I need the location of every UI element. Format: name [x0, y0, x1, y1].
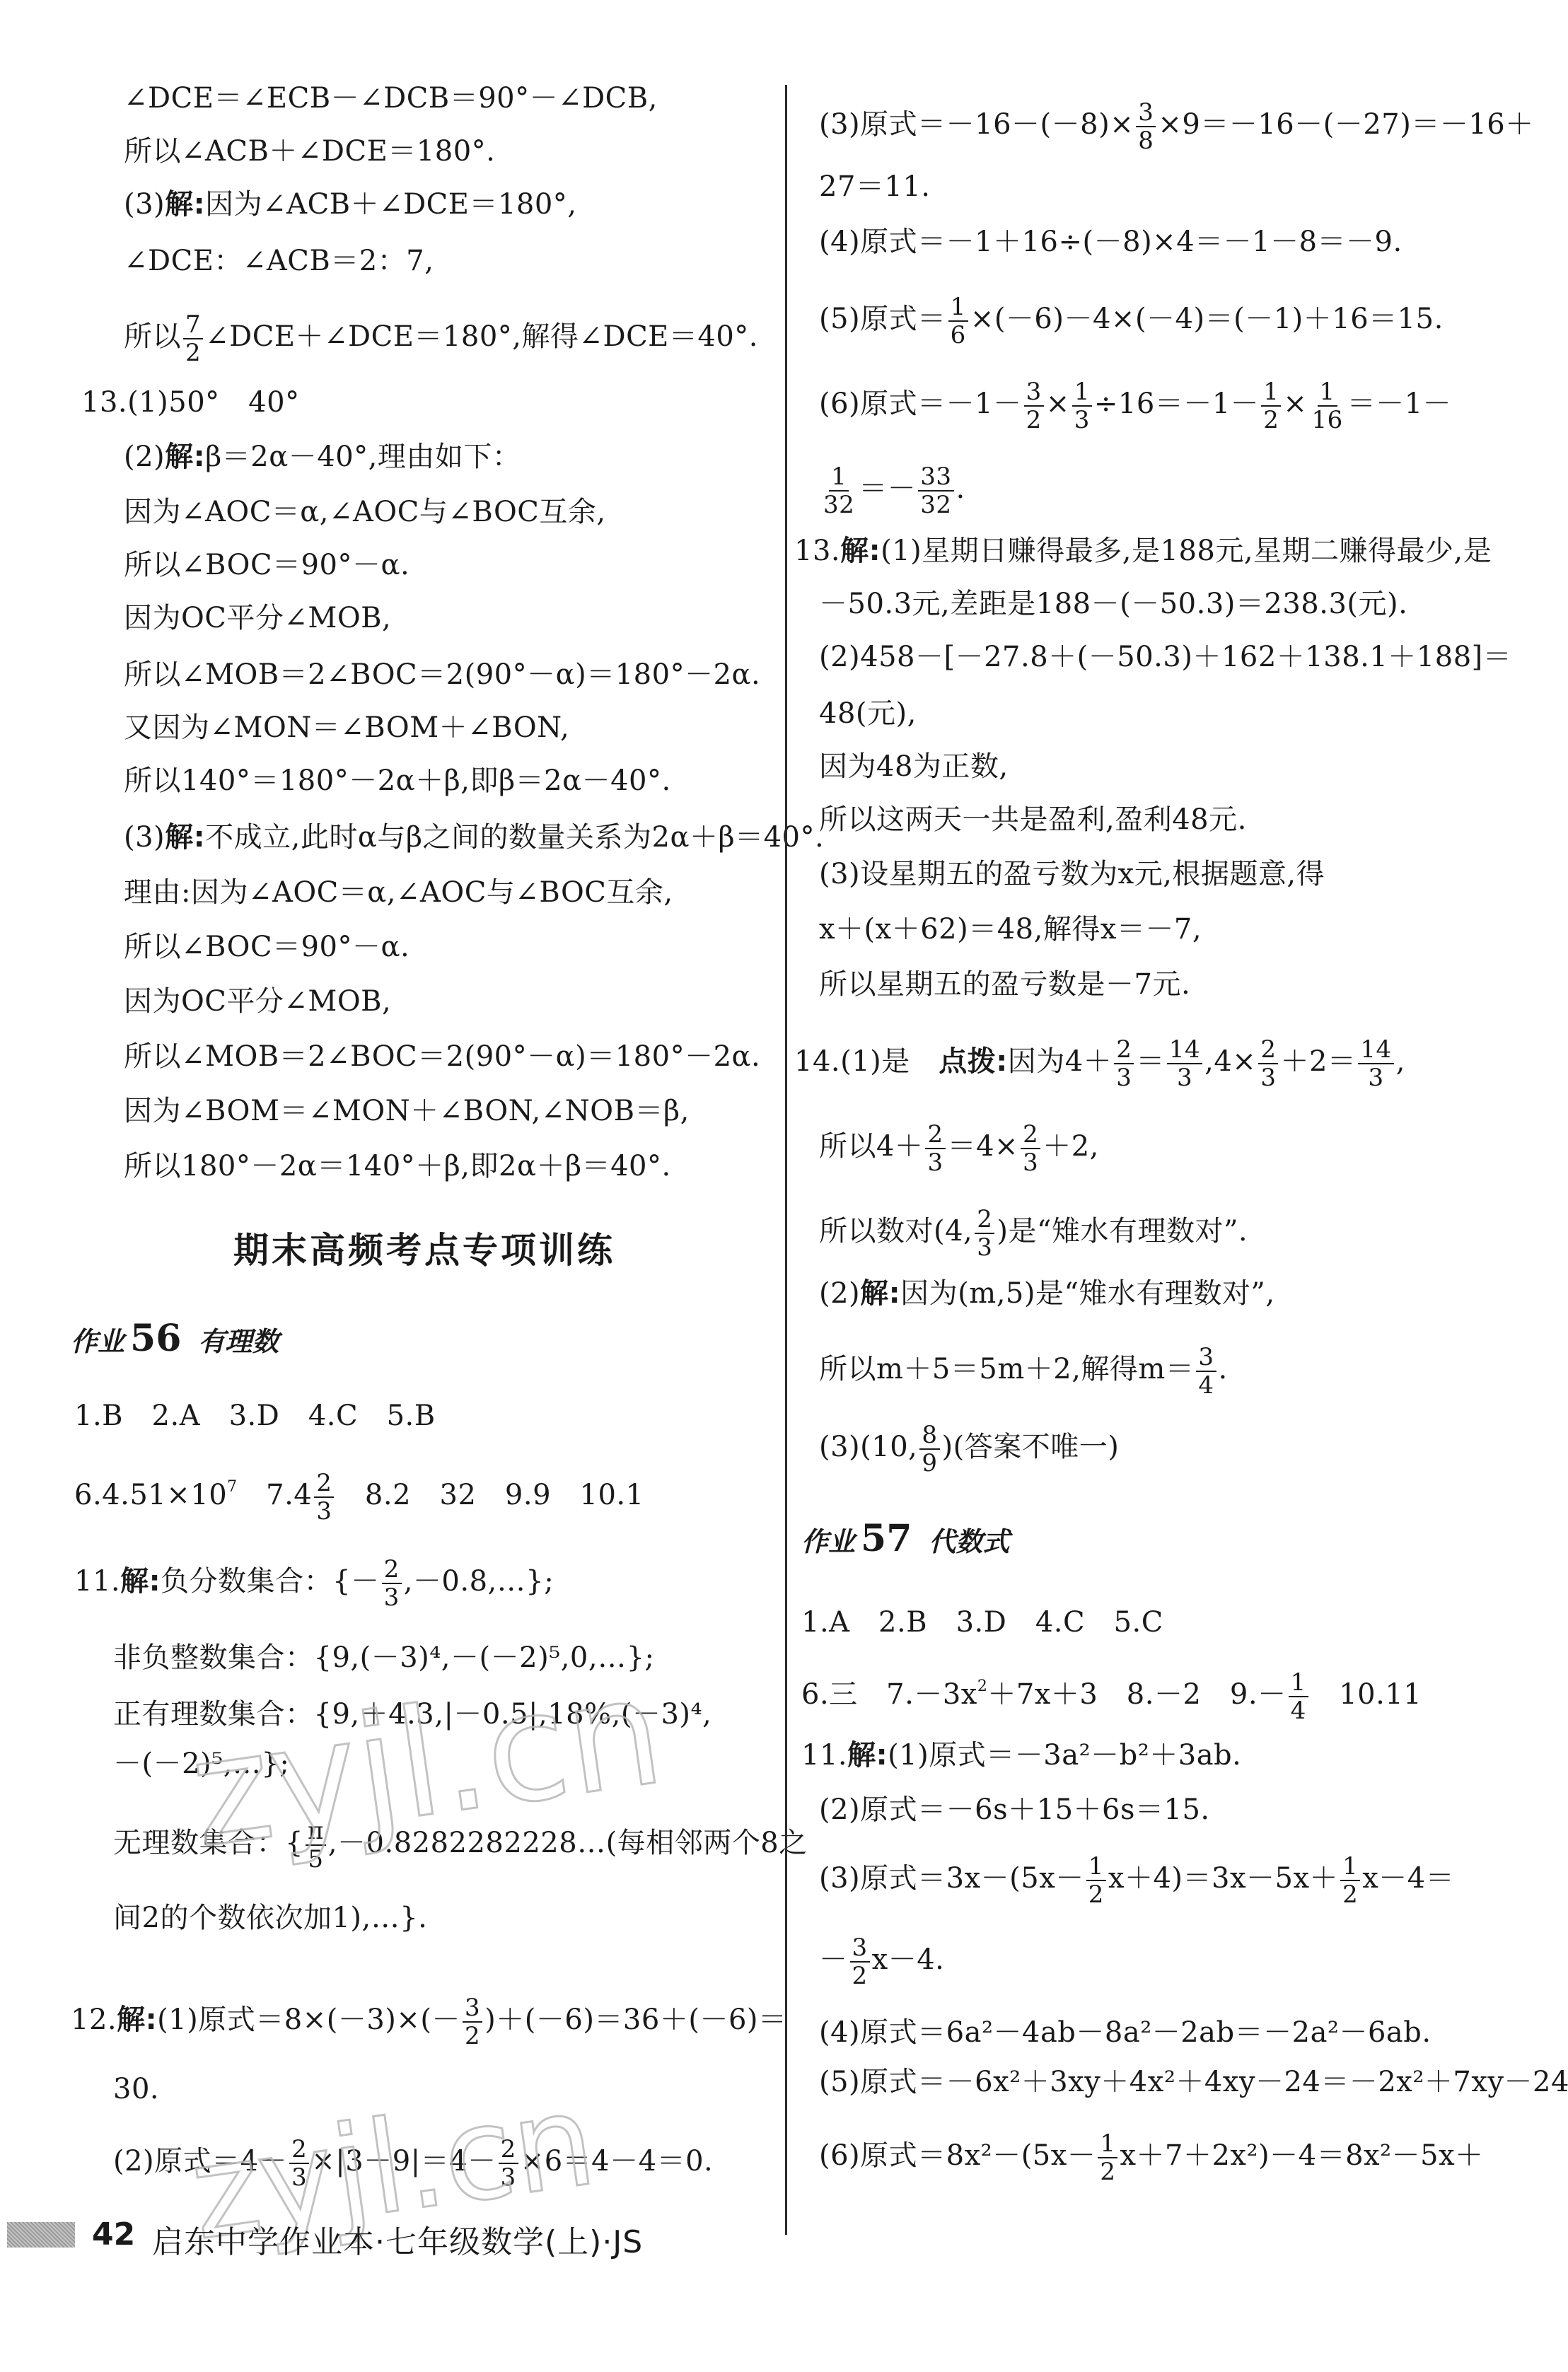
fraction: 12: [1340, 1853, 1360, 1908]
text: 所以4＋: [819, 1130, 923, 1163]
hint-label: 点拨:: [939, 1045, 1008, 1078]
numerator: 3: [463, 1994, 482, 2023]
fraction: 34: [1196, 1344, 1216, 1399]
text: ×9＝－16－(－27)＝－16＋: [1158, 108, 1533, 141]
text-line: －32x－4.: [819, 1934, 944, 1989]
text-line: 所以140°＝180°－2α＋β,即β＝2α－40°.: [124, 764, 671, 798]
denominator: 3: [1175, 1064, 1195, 1091]
denominator: 8: [1136, 127, 1156, 154]
text: 6.4.51×10: [74, 1479, 227, 1511]
question-number: 12.: [71, 2004, 117, 2036]
numerator: 1: [1072, 378, 1092, 407]
text-line: 又因为∠MON＝∠BOM＋∠BON,: [124, 711, 569, 745]
text: 负分数集合：{－: [161, 1565, 379, 1598]
text: (1)原式＝－3a²－b²＋3ab.: [888, 1739, 1241, 1772]
text-line: 30.: [113, 2072, 159, 2106]
text: 所以: [124, 320, 181, 353]
denominator: 32: [918, 492, 953, 518]
fraction: 89: [919, 1422, 939, 1477]
denominator: 2: [850, 1963, 870, 1989]
text: )(答案不唯一): [942, 1431, 1120, 1463]
text: x－4＝: [1362, 1862, 1454, 1895]
text: β＝2α－40°,理由如下：: [205, 441, 521, 473]
text: ＋2＝: [1280, 1045, 1356, 1078]
text: ∠DCE＋∠DCE＝180°,解得∠DCE＝40°.: [205, 320, 758, 353]
numerator: 14: [1167, 1036, 1202, 1064]
sub-label: (2): [124, 441, 165, 473]
denominator: 6: [948, 322, 968, 349]
numerator: 2: [382, 1556, 402, 1584]
text-line: (3)设星期五的盈亏数为x元,根据题意,得: [819, 857, 1325, 891]
text-line: (3)解:因为∠ACB＋∠DCE＝180°,: [124, 187, 577, 221]
text: ＝－1－: [1347, 388, 1451, 420]
fraction: 16: [948, 293, 968, 349]
fraction: 14: [1289, 1669, 1308, 1724]
denominator: 3: [1258, 1064, 1278, 1091]
denominator: 3: [1366, 1064, 1386, 1091]
fraction: 72: [183, 311, 203, 366]
denominator: 2: [1261, 407, 1281, 434]
numerator: 1: [1318, 378, 1337, 407]
numerator: 14: [1358, 1036, 1393, 1064]
sub-label: (3): [124, 188, 165, 221]
denominator: 2: [463, 2023, 482, 2050]
solution-label: 解:: [847, 1739, 888, 1772]
text-line: (2)解:β＝2α－40°,理由如下：: [124, 440, 521, 474]
solution-label: 解:: [165, 821, 205, 854]
fraction: 143: [1167, 1036, 1202, 1091]
text: (3)原式＝－16－(－8)×: [819, 108, 1134, 141]
sub-label: (2): [819, 1277, 860, 1310]
denominator: 3: [1114, 1064, 1134, 1091]
text-line: 所以∠BOC＝90°－α.: [124, 930, 410, 964]
denominator: 3: [1072, 407, 1092, 434]
text-line: 所以∠MOB＝2∠BOC＝2(90°－α)＝180°－2α.: [124, 1040, 760, 1074]
denominator: 3: [975, 1234, 994, 1261]
text: 10.11: [1311, 1678, 1422, 1711]
text: (6)原式＝－1－: [819, 388, 1022, 420]
text: ,: [1396, 1045, 1405, 1078]
text: (1)星期日赚得最多,是188元,星期二赚得最少,是: [881, 535, 1492, 567]
fraction: 3332: [918, 463, 953, 518]
numerator: 7: [183, 311, 203, 339]
denominator: 3: [314, 1498, 334, 1525]
fraction: 32: [1024, 378, 1044, 434]
heading-topic: 代数式: [929, 1526, 1009, 1557]
denominator: 2: [1340, 1881, 1360, 1908]
fraction: 23: [975, 1206, 994, 1261]
text-line: 所以m＋5＝5m＋2,解得m＝34.: [819, 1344, 1228, 1399]
text-line: (2)458－[－27.8＋(－50.3)＋162＋138.1＋188]＝: [819, 640, 1511, 674]
text: (3)原式＝3x－(5x－: [819, 1862, 1084, 1895]
text: (3)(10,: [819, 1431, 917, 1463]
numerator: 3: [1196, 1344, 1216, 1372]
text-line: 所以∠ACB＋∠DCE＝180°.: [124, 134, 495, 168]
denominator: 9: [919, 1450, 939, 1477]
text-line: 因为OC平分∠MOB,: [124, 984, 391, 1018]
text: (6)原式＝8x²－(5x－: [819, 2139, 1096, 2172]
text: ,－0.8,…};: [404, 1565, 554, 1598]
text-line: 因为∠BOM＝∠MON＋∠BON,∠NOB＝β,: [124, 1094, 690, 1128]
text-line: 所以72∠DCE＋∠DCE＝180°,解得∠DCE＝40°.: [124, 311, 758, 366]
numerator: 1: [1261, 378, 1281, 407]
text-line: (2)解:因为(m,5)是“雉水有理数对”,: [819, 1277, 1275, 1310]
numerator: 3: [850, 1934, 870, 1963]
numerator: 2: [1021, 1121, 1040, 1149]
text: 所以m＋5＝5m＋2,解得m＝: [819, 1353, 1194, 1385]
question-number: 11.: [801, 1739, 847, 1772]
text: (1)原式＝8×(－3)×(－: [157, 2004, 460, 2036]
text-line: 因为48为正数,: [819, 750, 1009, 784]
numerator: 2: [1258, 1036, 1278, 1064]
numerator: 3: [1024, 378, 1044, 407]
book-title: 启东中学作业本·七年级数学(上)·JS: [152, 2216, 643, 2262]
text-line: 因为OC平分∠MOB,: [124, 601, 391, 635]
text: x－4.: [872, 1943, 945, 1976]
solution-label: 解:: [840, 535, 881, 567]
text: ＝－: [859, 472, 916, 505]
text-line: (3)原式＝3x－(5x－12x＋4)＝3x－5x＋12x－4＝: [819, 1853, 1454, 1908]
page-footer: 42 启东中学作业本·七年级数学(上)·JS: [0, 2214, 778, 2256]
text: )＋(－6)＝36＋(－6)＝: [484, 2004, 786, 2036]
section-title: 期末高频考点专项训练: [233, 1222, 615, 1273]
text: ×(－6)－4×(－4)＝(－1)＋16＝15.: [970, 303, 1444, 335]
text: 因为∠ACB＋∠DCE＝180°,: [205, 188, 576, 221]
denominator: 3: [382, 1584, 402, 1611]
exponent: 2: [977, 1678, 988, 1695]
question-number: 11.: [74, 1565, 120, 1598]
denominator: 3: [925, 1149, 945, 1176]
fraction: 23: [925, 1121, 945, 1176]
fraction: 32: [850, 1934, 870, 1989]
question-14: 14.(1)是 点拨:因为4＋23＝143,4×23＋2＝143,: [794, 1036, 1405, 1091]
text: 所以数对(4,: [819, 1215, 972, 1248]
fraction: 12: [1086, 1853, 1106, 1908]
fraction: 23: [1258, 1036, 1278, 1091]
text: ,4×: [1204, 1045, 1256, 1078]
fill-in-answers: 6.三 7.－3x2＋7x＋3 8.－2 9.－14 10.11: [801, 1669, 1422, 1724]
numerator: 1: [1340, 1853, 1360, 1881]
text-line: －50.3元,差距是188－(－50.3)＝238.3(元).: [819, 587, 1407, 621]
numerator: 1: [1098, 2130, 1117, 2158]
text-line: ∠DCE＝∠ECB－∠DCB＝90°－∠DCB,: [124, 81, 658, 115]
numerator: 1: [948, 293, 968, 322]
numerator: 2: [314, 1470, 334, 1498]
heading-label: 作业: [801, 1526, 855, 1557]
solution-label: 解:: [117, 2004, 157, 2036]
text: 因为4＋: [1008, 1045, 1112, 1078]
text-line: ∠DCE：∠ACB＝2：7,: [124, 244, 434, 278]
text: ＝: [1136, 1045, 1165, 1078]
text-line: (6)原式＝8x²－(5x－12x＋7＋2x²)－4＝8x²－5x＋: [819, 2130, 1484, 2185]
question-11: 11.解:(1)原式＝－3a²－b²＋3ab.: [801, 1738, 1241, 1772]
numerator: 8: [919, 1422, 939, 1450]
question-number: 13.: [794, 535, 840, 567]
heading-number: 57: [861, 1517, 912, 1560]
denominator: 32: [821, 492, 856, 518]
solution-label: 解:: [860, 1277, 900, 1310]
text: ＝4×: [948, 1130, 1018, 1163]
text: ÷16＝－1－: [1094, 388, 1259, 420]
text-line: 所以∠MOB＝2∠BOC＝2(90°－α)＝180°－2α.: [124, 658, 760, 692]
fraction: 13: [1072, 378, 1092, 434]
text-line: (5)原式＝16×(－6)－4×(－4)＝(－1)＋16＝15.: [819, 293, 1444, 349]
solution-label: 解:: [165, 188, 205, 221]
text: 8.2 32 9.9 10.1: [336, 1479, 644, 1511]
text-line: 理由:因为∠AOC＝α,∠AOC与∠BOC互余,: [124, 876, 673, 909]
numerator: 2: [975, 1206, 994, 1234]
fraction: 143: [1358, 1036, 1393, 1091]
text-line: 所以星期五的盈亏数是－7元.: [819, 967, 1190, 1001]
multiple-choice-answers: 1.A 2.B 3.D 4.C 5.C: [801, 1605, 1163, 1639]
question-11: 11.解:负分数集合：{－23,－0.8,…};: [74, 1556, 554, 1611]
fraction: 116: [1309, 378, 1345, 434]
numerator: 1: [1289, 1669, 1308, 1697]
text-line: (5)原式＝－6x²＋3xy＋4x²＋4xy－24＝－2x²＋7xy－24.: [819, 2065, 1568, 2099]
denominator: 2: [183, 339, 203, 366]
text: .: [956, 472, 965, 505]
fraction: 23: [382, 1556, 402, 1611]
fill-in-answers: 6.4.51×107 7.423 8.2 32 9.9 10.1: [74, 1470, 644, 1525]
text: x＋4)＝3x－5x＋: [1108, 1862, 1338, 1895]
fraction: 12: [1098, 2130, 1117, 2185]
text: 7.4: [238, 1479, 313, 1511]
text-line: 48(元),: [819, 697, 917, 731]
text: ×: [1283, 388, 1307, 420]
text-line: (2)原式＝－6s＋15＋6s＝15.: [819, 1793, 1210, 1827]
text: (5)原式＝: [819, 303, 946, 335]
heading-topic: 有理数: [198, 1326, 279, 1357]
footer-decoration: [7, 2222, 75, 2248]
homework-57-heading: 作业57代数式: [801, 1517, 1009, 1560]
text: ＋7x＋3 8.－2 9.－: [987, 1678, 1286, 1711]
text: 6.三 7.－3x: [801, 1678, 977, 1711]
text: ＋2,: [1043, 1130, 1099, 1163]
numerator: 1: [1086, 1853, 1106, 1881]
text-line: 因为∠AOC＝α,∠AOC与∠BOC互余,: [124, 495, 606, 529]
column-divider: [785, 85, 787, 2235]
text: )是“雉水有理数对”.: [997, 1215, 1248, 1248]
exponent: 7: [227, 1478, 238, 1496]
question-13: 13.解:(1)星期日赚得最多,是188元,星期二赚得最少,是: [794, 534, 1492, 568]
denominator: 2: [1086, 1881, 1106, 1908]
numerator: 33: [918, 463, 953, 492]
text-line: 所以∠BOC＝90°－α.: [124, 548, 410, 582]
answer-key-page: ∠DCE＝∠ECB－∠DCB＝90°－∠DCB, 所以∠ACB＋∠DCE＝180…: [0, 0, 1568, 2372]
heading-label: 作业: [71, 1326, 124, 1357]
fraction: 23: [1021, 1121, 1040, 1176]
text: ×: [1046, 388, 1070, 420]
text-line: (6)原式＝－1－32×13÷16＝－1－12×116＝－1－: [819, 378, 1451, 434]
numerator: 2: [925, 1121, 945, 1149]
denominator: 2: [1098, 2158, 1117, 2185]
fraction: 32: [463, 1994, 482, 2050]
solution-label: 解:: [165, 441, 205, 473]
text-line: 27＝11.: [819, 170, 931, 204]
text-line: 132＝－3332.: [819, 463, 965, 518]
fraction: 38: [1136, 99, 1156, 154]
text-line: 所以数对(4,23)是“雉水有理数对”.: [819, 1206, 1248, 1261]
text: x＋7＋2x²)－4＝8x²－5x＋: [1120, 2139, 1483, 2172]
homework-56-heading: 作业56有理数: [71, 1317, 279, 1360]
text-line: (4)原式＝－1＋16÷(－8)×4＝－1－8＝－9.: [819, 225, 1403, 259]
text-line: (3)(10,89)(答案不唯一): [819, 1422, 1119, 1477]
heading-number: 56: [130, 1317, 181, 1360]
denominator: 16: [1309, 407, 1345, 434]
solution-label: 解:: [120, 1565, 161, 1598]
denominator: 4: [1289, 1697, 1308, 1724]
numerator: 3: [1136, 99, 1156, 127]
denominator: 3: [1021, 1149, 1040, 1176]
denominator: 4: [1196, 1372, 1216, 1399]
page-number: 42: [92, 2216, 135, 2252]
fraction: 12: [1261, 378, 1281, 434]
text-line: 间2的个数依次加1),…}.: [113, 1901, 427, 1935]
question-12: 12.解:(1)原式＝8×(－3)×(－32)＋(－6)＝36＋(－6)＝: [71, 1994, 787, 2050]
text: 因为(m,5)是“雉水有理数对”,: [900, 1277, 1274, 1310]
text-line: (3)原式＝－16－(－8)×38×9＝－16－(－27)＝－16＋: [819, 99, 1534, 154]
text-line: (4)原式＝6a²－4ab－8a²－2ab＝－2a²－6ab.: [819, 2016, 1431, 2050]
numerator: 2: [1114, 1036, 1134, 1064]
text-line: (3)解:不成立,此时α与β之间的数量关系为2α＋β＝40°.: [124, 820, 824, 854]
text: －: [819, 1943, 848, 1976]
fraction: 23: [1114, 1036, 1134, 1091]
sub-label: (3): [124, 821, 165, 854]
text: 不成立,此时α与β之间的数量关系为2α＋β＝40°.: [205, 821, 824, 854]
text: 14.(1)是: [794, 1045, 939, 1078]
fraction: 132: [821, 463, 856, 518]
text-line: 所以这两天一共是盈利,盈利48元.: [819, 803, 1247, 837]
multiple-choice-answers: 1.B 2.A 3.D 4.C 5.B: [74, 1399, 436, 1433]
fraction: 23: [314, 1470, 334, 1525]
denominator: 2: [1024, 407, 1044, 434]
text: .: [1219, 1353, 1228, 1385]
question-13-part-1: 13.(1)50° 40°: [81, 385, 300, 419]
numerator: 1: [829, 463, 849, 492]
text-line: 所以4＋23＝4×23＋2,: [819, 1121, 1099, 1176]
text-line: 所以180°－2α＝140°＋β,即2α＋β＝40°.: [124, 1149, 671, 1183]
text-line: x＋(x＋62)＝48,解得x＝－7,: [819, 912, 1202, 946]
